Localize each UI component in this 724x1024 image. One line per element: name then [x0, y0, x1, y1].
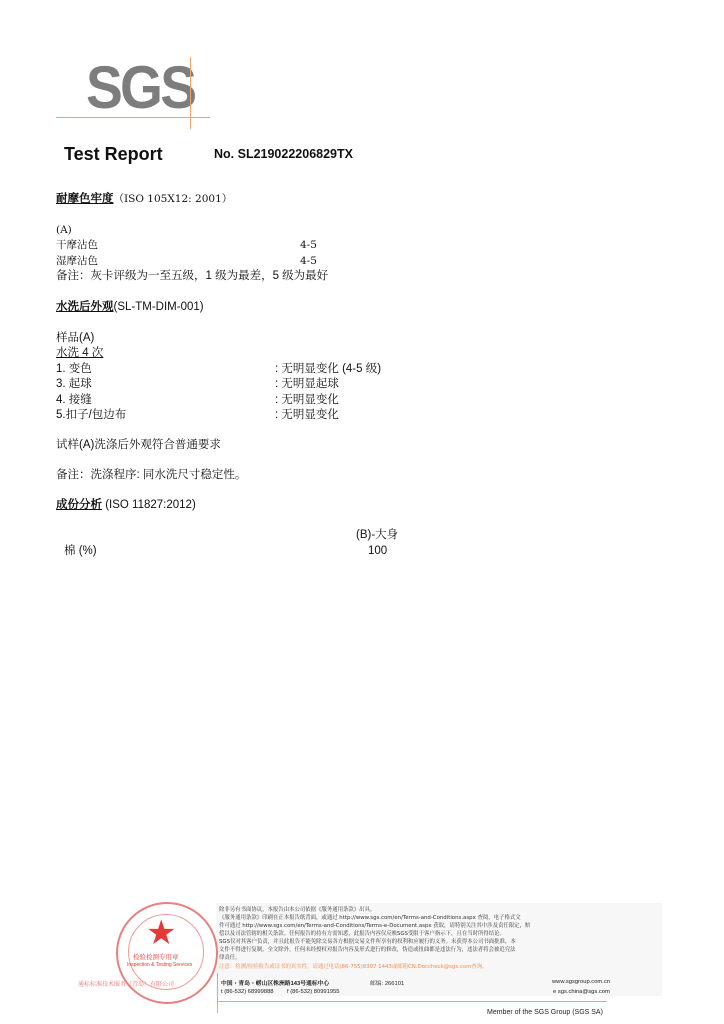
row-label: 5.扣子/包边布	[56, 408, 126, 423]
row-value: 4-5	[300, 238, 317, 253]
address: 中国・青岛・崂山区株洲路143号通标中心	[221, 978, 329, 987]
section-standard: (SL-TM-DIM-001)	[114, 301, 204, 313]
grading-note: 备注：灰卡评级为一至五级，1 级为最差，5 级为最好	[56, 269, 328, 284]
section-heading: 成份分析	[56, 499, 102, 511]
report-title: Test Report	[64, 144, 163, 165]
fax: f (86-532) 80991955	[287, 989, 340, 995]
logo-vertical-rule	[190, 57, 191, 129]
section-heading: 水洗后外观	[56, 301, 114, 313]
section-heading: 耐摩色牢度	[56, 193, 114, 205]
stamp-company: 通标标准技术服务（青岛）有限公司	[78, 979, 174, 988]
disclaimer-line: 除非另有书面协议，本报告由本公司依据《服务通用条款》出具。	[219, 906, 375, 914]
wash-note: 备注：洗涤程序: 同水洗尺寸稳定性。	[56, 468, 246, 483]
logo-horizontal-rule	[56, 117, 210, 118]
disclaimer-line: 律责任。	[219, 954, 241, 962]
footer-vertical-rule	[217, 973, 218, 1013]
row-label: 1. 变色	[56, 362, 92, 377]
disclaimer-line: 《服务通用条款》印刷在正本报告纸背面，或通过 http://www.sgs.co…	[219, 914, 521, 922]
row-value: 100	[368, 544, 387, 559]
row-label: 3. 起球	[56, 377, 92, 392]
disclaimer-line: 偿以及司法管辖的相关条款。任何报告的持有方需知悉，此报告内容仅反映SGS受限于客…	[219, 930, 505, 938]
wash-cycles: 水洗 4 次	[56, 346, 103, 361]
telephone: t (86-532) 68999888	[221, 989, 274, 995]
row-value: : 无明显变化	[275, 393, 339, 408]
section-standard: （ISO 105X12: 2001）	[114, 193, 233, 205]
row-label: 4. 接缝	[56, 393, 92, 408]
wash-appearance-heading-row: 水洗后外观(SL-TM-DIM-001)	[56, 300, 204, 315]
composition-heading-row: 成份分析 (ISO 11827:2012)	[56, 498, 196, 513]
report-number: No. SL219022206829TX	[214, 147, 353, 161]
rub-fastness-heading-row: 耐摩色牢度（ISO 105X12: 2001）	[56, 192, 232, 207]
section-standard: (ISO 11827:2012)	[105, 499, 196, 511]
row-value: 4-5	[300, 254, 317, 269]
row-value: : 无明显起球	[275, 377, 339, 392]
stamp-text-en: Inspection & Testing Services	[127, 962, 192, 968]
row-value: : 无明显变化 (4-5 级)	[275, 362, 381, 377]
conclusion: 试样(A)洗涤后外观符合普通要求	[56, 438, 221, 453]
member-statement: Member of the SGS Group (SGS SA)	[487, 1009, 603, 1016]
star-icon: ★	[146, 916, 176, 950]
sgs-logo: SGS	[86, 58, 194, 118]
stamp-text: 检验检测专用章	[133, 952, 179, 961]
row-label: 湿摩沾色	[56, 254, 98, 269]
website-link[interactable]: www.sgsgroup.com.cn	[552, 979, 610, 985]
disclaimer-line: 件可通过 http://www.sgs.com/en/Terms-and-Con…	[219, 922, 530, 930]
column-header: (B)-大身	[356, 528, 398, 543]
verification-notice: 注意：检测/检验报告或证书的真实性，请通过电话(86-755)8307 1443…	[219, 963, 488, 971]
row-value: : 无明显变化	[275, 408, 339, 423]
disclaimer-line: SGS仅对其客户负责，并且此报告不能免除交易各方根据交易文件所享有的权利和应履行…	[219, 938, 516, 946]
row-label: 干摩沾色	[56, 238, 98, 253]
email-link[interactable]: e sgs.china@sgs.com	[553, 989, 610, 995]
postcode: 邮编: 266101	[370, 978, 404, 987]
sample-label: (A)	[56, 223, 72, 238]
row-label: 棉 (%)	[64, 544, 97, 559]
sample-label: 样品(A)	[56, 331, 94, 346]
footer-horizontal-rule	[217, 1001, 607, 1002]
disclaimer-line: 文件不得进行复制，全文除外。任何未经授权对报告内容及形式进行的修改，伪造或扭曲都…	[219, 946, 516, 954]
